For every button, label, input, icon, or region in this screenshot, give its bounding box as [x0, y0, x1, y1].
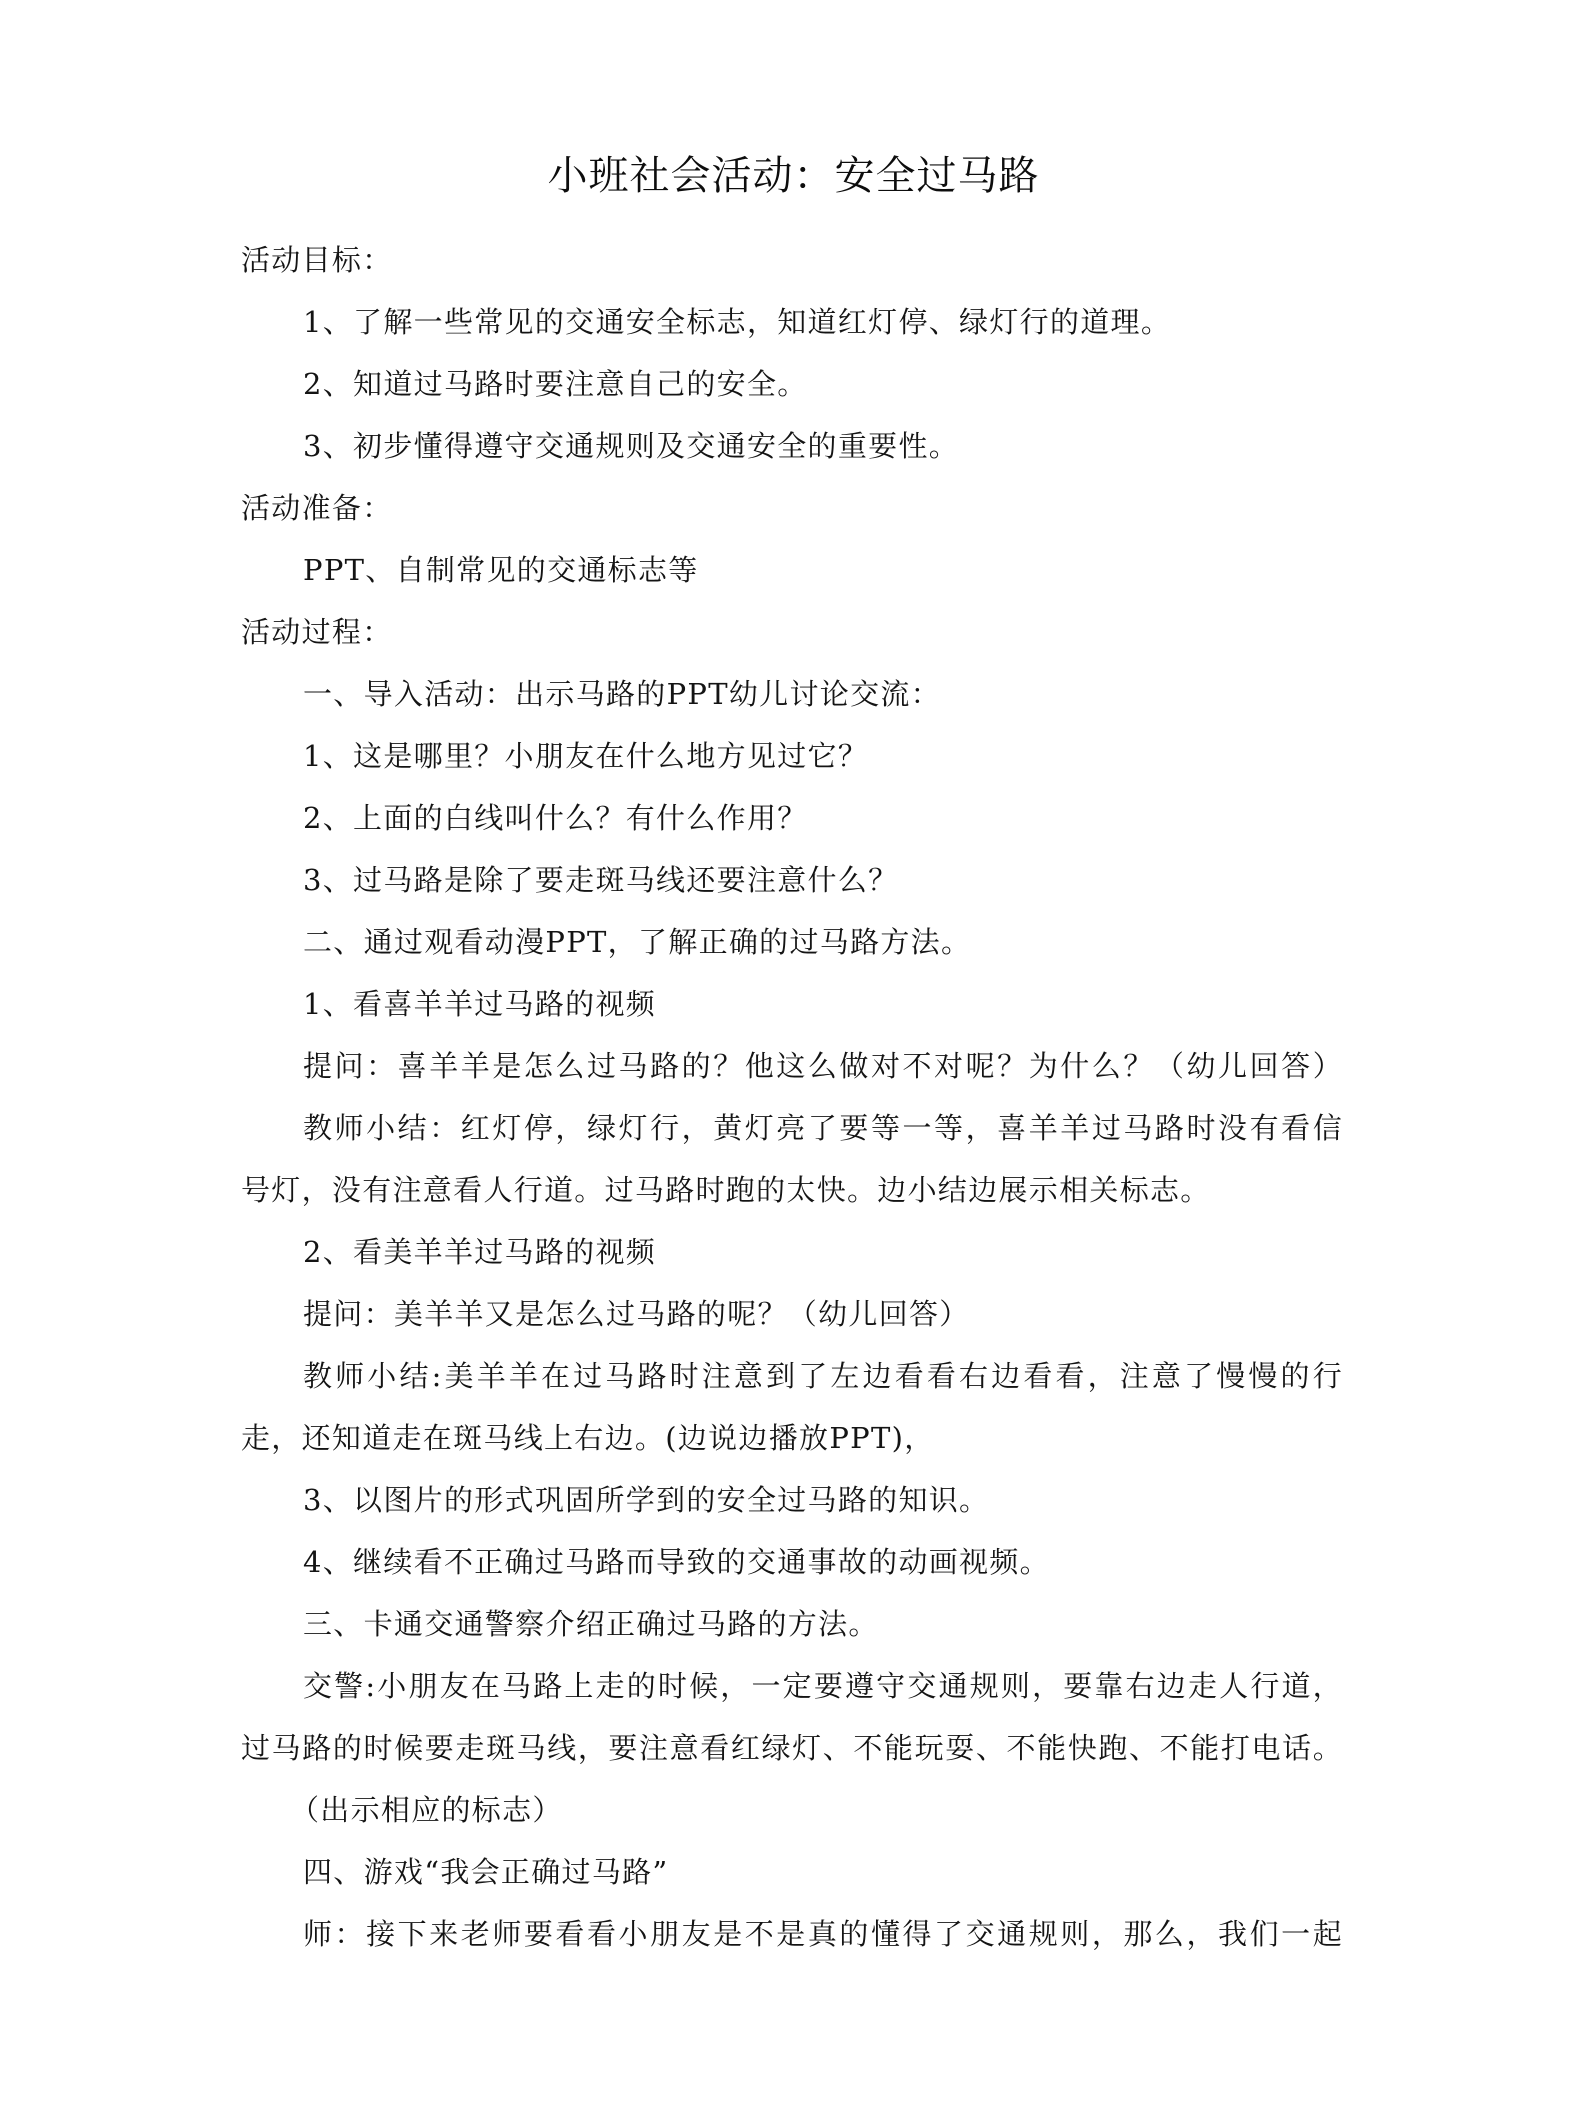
part3-heading: 三、卡通交通警察介绍正确过马路的方法。 — [303, 1604, 879, 1644]
part1-item-2: 2、上面的白线叫什么？有什么作用？ — [303, 798, 808, 838]
document-title: 小班社会活动：安全过马路 — [0, 150, 1587, 202]
goals-heading: 活动目标： — [241, 240, 393, 280]
preparation-heading: 活动准备： — [241, 488, 393, 528]
goal-item-3: 3、初步懂得遵守交通规则及交通安全的重要性。 — [303, 426, 959, 466]
preparation-text: PPT、自制常见的交通标志等 — [303, 550, 699, 590]
part2-question2: 提问：美羊羊又是怎么过马路的呢？（幼儿回答） — [303, 1294, 970, 1334]
part2-summary2-line2: 走，还知道走在斑马线上右边。(边说边播放PPT)， — [241, 1418, 935, 1458]
part2-summary1-line2: 号灯，没有注意看人行道。过马路时跑的太快。边小结边展示相关标志。 — [241, 1170, 1211, 1210]
part1-heading: 一、导入活动：出示马路的PPT幼儿讨论交流： — [303, 674, 941, 714]
part2-heading: 二、通过观看动漫PPT，了解正确的过马路方法。 — [303, 922, 971, 962]
document-page: 小班社会活动：安全过马路 活动目标： 1、了解一些常见的交通安全标志，知道红灯停… — [0, 0, 1587, 2113]
part3-police-line2: 过马路的时候要走斑马线，要注意看红绿灯、不能玩耍、不能快跑、不能打电话。 — [241, 1728, 1343, 1768]
part2-video1: 1、看喜羊羊过马路的视频 — [303, 984, 656, 1024]
part2-video2: 2、看美羊羊过马路的视频 — [303, 1232, 656, 1272]
goal-item-1: 1、了解一些常见的交通安全标志，知道红灯停、绿灯行的道理。 — [303, 302, 1171, 342]
part4-heading: 四、游戏“我会正确过马路” — [303, 1852, 669, 1892]
part1-item-1: 1、这是哪里？小朋友在什么地方见过它？ — [303, 736, 868, 776]
goal-item-2: 2、知道过马路时要注意自己的安全。 — [303, 364, 808, 404]
part4-teacher-line: 师：接下来老师要看看小朋友是不是真的懂得了交通规则，那么，我们一起 — [303, 1914, 1343, 1954]
part2-question1: 提问：喜羊羊是怎么过马路的？他这么做对不对呢？为什么？（幼儿回答） — [303, 1046, 1343, 1086]
part2-item4: 4、继续看不正确过马路而导致的交通事故的动画视频。 — [303, 1542, 1050, 1582]
part2-summary2-line1: 教师小结:美羊羊在过马路时注意到了左边看看右边看看，注意了慢慢的行 — [303, 1356, 1343, 1396]
process-heading: 活动过程： — [241, 612, 393, 652]
part2-summary1-line1: 教师小结：红灯停，绿灯行，黄灯亮了要等一等，喜羊羊过马路时没有看信 — [303, 1108, 1343, 1148]
part1-item-3: 3、过马路是除了要走斑马线还要注意什么？ — [303, 860, 898, 900]
part3-note: （出示相应的标志） — [290, 1790, 563, 1830]
part2-item3: 3、以图片的形式巩固所学到的安全过马路的知识。 — [303, 1480, 989, 1520]
part3-police-line1: 交警:小朋友在马路上走的时候，一定要遵守交通规则，要靠右边走人行道， — [303, 1666, 1343, 1706]
